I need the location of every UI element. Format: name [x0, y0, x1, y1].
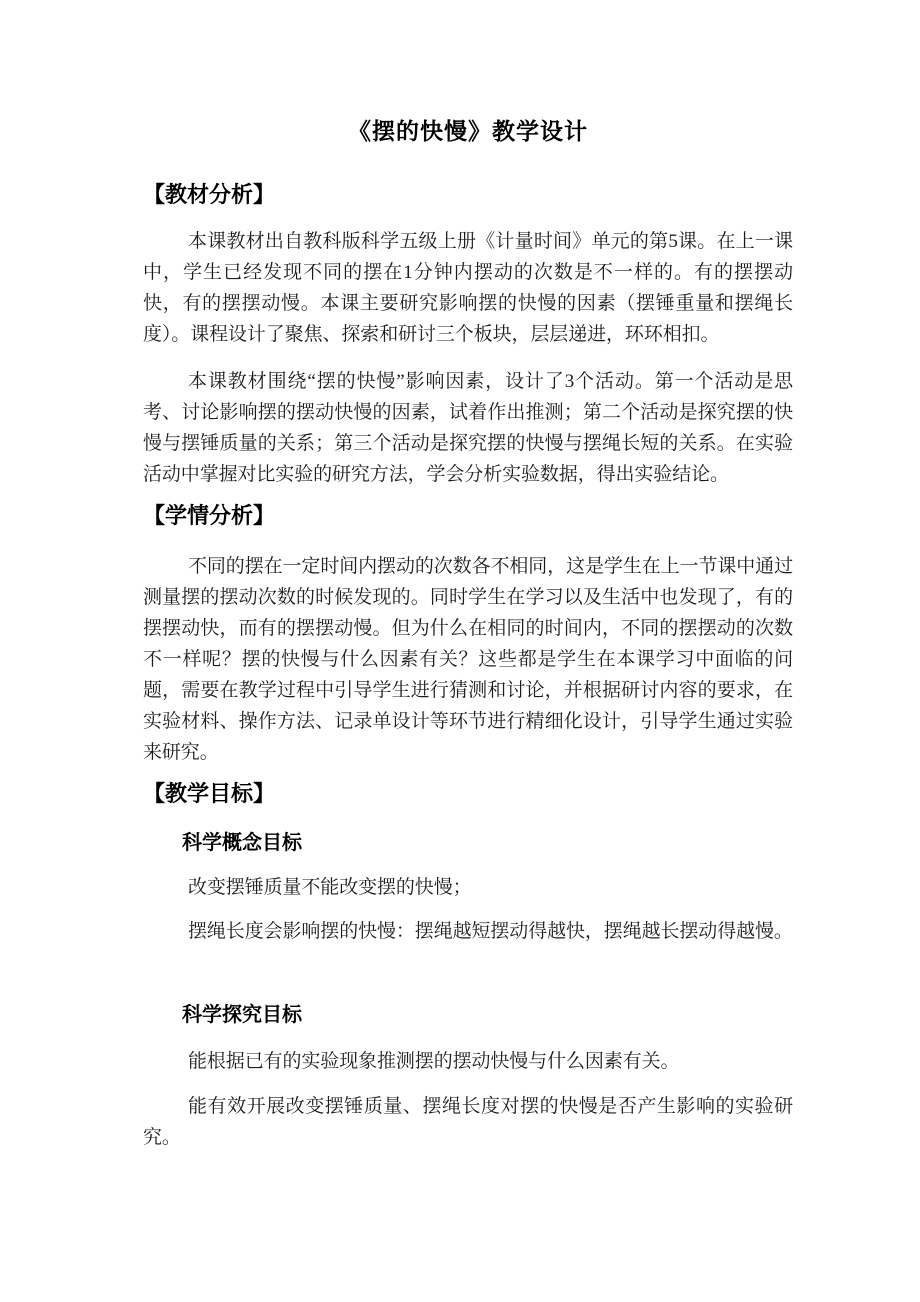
document-page: 《摆的快慢》教学设计 【教材分析】 本课教材出自教科版科学五级上册《计量时间》单… [0, 0, 920, 1302]
paragraph: 本课教材出自教科版科学五级上册《计量时间》单元的第5课。在上一课中，学生已经发现… [143, 226, 793, 350]
paragraph: 能根据已有的实验现象推测摆的摆动快慢与什么因素有关。 [143, 1046, 793, 1077]
paragraph: 能有效开展改变摆锤质量、摆绳长度对摆的快慢是否产生影响的实验研究。 [143, 1091, 793, 1153]
paragraph: 摆绳长度会影响摆的快慢：摆绳越短摆动得越快，摆绳越长摆动得越慢。 [143, 916, 793, 947]
document-title: 《摆的快慢》教学设计 [143, 112, 793, 150]
section-heading-teaching-goals: 【教学目标】 [143, 779, 793, 809]
paragraph: 本课教材围绕“摆的快慢”影响因素，设计了3个活动。第一个活动是思考、讨论影响摆的… [143, 366, 793, 490]
subsection-heading-science-inquiry-goals: 科学探究目标 [182, 1001, 793, 1029]
paragraph: 不同的摆在一定时间内摆动的次数各不相同，这是学生在上一节课中通过测量摆的摆动次数… [143, 551, 793, 768]
section-heading-material-analysis: 【教材分析】 [143, 180, 793, 210]
paragraph: 改变摆锤质量不能改变摆的快慢； [143, 872, 793, 903]
section-heading-learner-analysis: 【学情分析】 [143, 501, 793, 531]
subsection-heading-science-concept-goals: 科学概念目标 [182, 829, 793, 857]
